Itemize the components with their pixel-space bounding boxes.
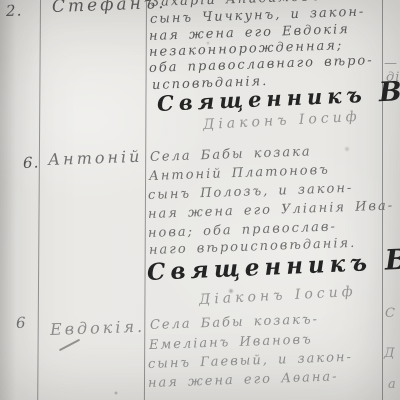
record-line: ная жена его Уліанія Ива- xyxy=(148,198,395,222)
deacon-signature: Діаконъ Іосиф xyxy=(199,284,357,308)
entry-number: 6. xyxy=(23,153,40,172)
priest-title: Священникъ xyxy=(146,249,372,286)
record-line: Села Бабы козакъ- xyxy=(150,312,319,333)
entry-number: 2. xyxy=(6,1,23,20)
register-scan-page: 2. Стефанъ. Захарій Анисимовъ сынъ Чичку… xyxy=(0,0,400,400)
record-line: Емеліанъ Ивановъ xyxy=(149,332,313,353)
column-divider-2 xyxy=(144,0,147,400)
record-line: Антоній Платоновъ xyxy=(149,163,330,184)
column-divider-1 xyxy=(37,0,41,400)
stray-pen-mark xyxy=(59,339,80,352)
entry-name: Евдокія. xyxy=(50,317,146,339)
margin-fragment: С xyxy=(385,306,396,321)
entry-name: Антоній xyxy=(48,147,143,169)
margin-fragment: — xyxy=(384,56,398,71)
record-line: ная жена его Аѳана- xyxy=(148,369,339,391)
margin-fragment: ді xyxy=(386,70,400,85)
entry-number: 6 xyxy=(16,314,27,332)
priest-name: Ва xyxy=(384,242,400,277)
record-line: Села Бабы козака xyxy=(150,144,312,165)
margin-fragment: а xyxy=(388,377,397,392)
record-line: сынъ Гаевый, и закон- xyxy=(148,350,353,372)
record-line: сынъ Полозъ, и закон- xyxy=(148,181,354,203)
margin-fragment: Д xyxy=(384,346,396,361)
